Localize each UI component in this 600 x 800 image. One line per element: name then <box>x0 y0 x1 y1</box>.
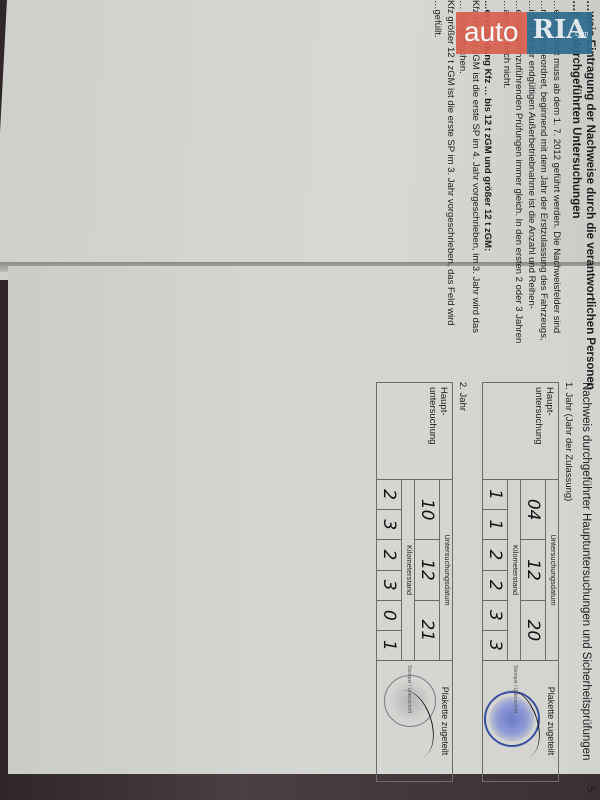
km-digit: 3 <box>377 510 401 540</box>
km-header: Kilometerstand <box>402 480 415 661</box>
para1-line: …ach SP noch nicht. <box>500 0 513 360</box>
inspection-table-year1: Haupt- untersuchung Untersuchungsdatum P… <box>482 382 559 782</box>
km-digit: 1 <box>483 510 507 540</box>
plakette-header: Plakette zugeteilt <box>546 661 556 781</box>
section-label: 2. Jahr <box>457 382 468 800</box>
plakette-header: Plakette zugeteilt <box>440 661 450 781</box>
date-digits: 10 12 21 <box>415 480 439 660</box>
para1-line: …iden bis zur endgültigen Außerbetriebna… <box>525 0 538 360</box>
km-digit: 2 <box>377 480 401 510</box>
km-digit: 1 <box>377 631 401 660</box>
para2-line: Kfz größer 12 t zGM ist die erste SP im … <box>444 0 457 360</box>
left-page-text: …weis Eintragung der Nachweise durch die… <box>431 0 596 360</box>
km-digit: 2 <box>483 540 507 570</box>
date-year: 21 <box>415 601 439 660</box>
km-digits: 2 3 2 3 0 1 <box>377 480 401 660</box>
km-digit: 1 <box>483 480 507 510</box>
para1-line: …n Jahren geordnet, beginnend mit dem Ja… <box>537 0 550 360</box>
km-digits: 1 1 2 2 3 3 <box>483 480 507 660</box>
para2-line: …gefüllt. <box>431 0 444 360</box>
km-digit: 3 <box>483 631 507 660</box>
km-header: Kilometerstand <box>508 480 521 661</box>
watermark-domain: .com <box>573 17 588 53</box>
row-label: Haupt- untersuchung <box>483 383 559 480</box>
para1-line: …e der durchzuführenden Prüfungen immer … <box>512 0 525 360</box>
inspection-table-year2: Haupt- untersuchung Untersuchungsdatum P… <box>376 382 453 782</box>
left-heading-2: …r die durchgeführten Untersuchungen <box>570 0 582 360</box>
stamp-label: Stempel / Unterschrift <box>406 665 412 713</box>
watermark-ria: RIA .com <box>527 12 593 54</box>
km-digit: 3 <box>377 571 401 601</box>
date-month: 12 <box>521 540 545 600</box>
date-digits: 04 12 20 <box>521 480 545 660</box>
date-year: 20 <box>521 601 545 660</box>
date-header: Untersuchungsdatum <box>440 480 453 661</box>
para2-line: … SP gestrichen. <box>456 0 469 360</box>
page-number: 5 <box>584 786 596 792</box>
autoria-watermark: auto RIA .com <box>456 12 592 54</box>
left-subheading: …erscheidung Kfz … bis 12 t zGM und größ… <box>481 0 494 360</box>
watermark-auto: auto <box>456 12 527 54</box>
row-label: Haupt- untersuchung <box>377 383 453 480</box>
plakette-cell: Plakette zugeteilt Stempel / Unterschrif… <box>377 661 453 782</box>
date-month: 12 <box>415 540 439 600</box>
section-label: 1. Jahr (Jahr der Zulassung) <box>563 382 574 800</box>
left-heading-1: …weis Eintragung der Nachweise durch die… <box>584 0 596 360</box>
right-page-content: 5 Nachweis durchgeführter Hauptuntersuch… <box>376 382 592 800</box>
km-digit: 2 <box>483 571 507 601</box>
right-page-title: Nachweis durchgeführter Hauptuntersuchun… <box>580 382 592 800</box>
date-header: Untersuchungsdatum <box>546 480 559 661</box>
plakette-cell: Plakette zugeteilt Stempel / Unterschrif… <box>483 661 559 782</box>
km-digit: 0 <box>377 601 401 631</box>
para2-line: Kfz bis 12 t zGM ist die erste SP im 4. … <box>469 0 482 360</box>
stamp-label: Stempel / Unterschrift <box>512 665 518 713</box>
date-day: 10 <box>415 480 439 540</box>
km-digit: 3 <box>483 601 507 631</box>
para1-line: …es Prüfheft muss ab dem 1. 7. 2012 gefü… <box>550 0 563 360</box>
km-digit: 2 <box>377 540 401 570</box>
date-day: 04 <box>521 480 545 540</box>
